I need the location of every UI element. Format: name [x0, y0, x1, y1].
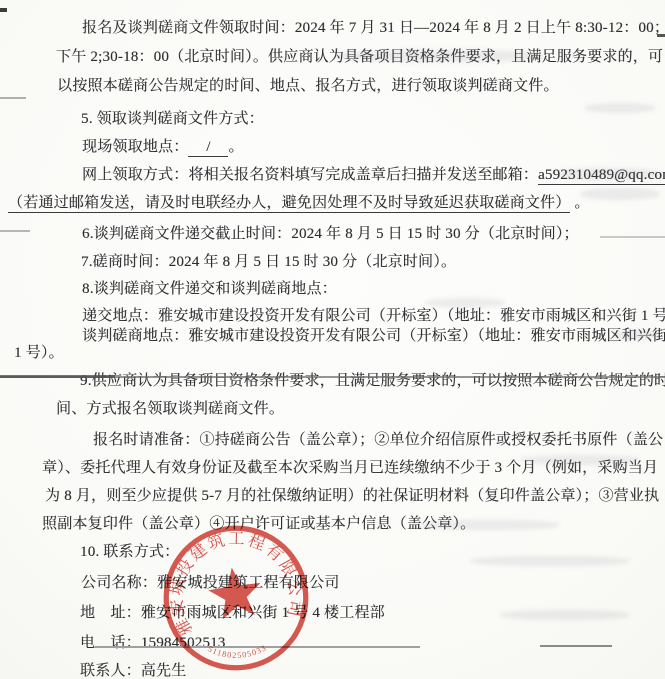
scan-edge-tick: [0, 8, 7, 12]
onsite-pickup-label: 现场领取地点：: [82, 139, 188, 155]
item-6-deadline: 6.谈判磋商文件递交截止时间：2024 年 8 月 5 日 15 时 30 分（…: [82, 222, 579, 243]
onsite-pickup-period: 。: [228, 139, 243, 155]
seal-code-number: 511802505033: [205, 637, 269, 665]
item-7-negotiation-time: 7.磋商时间：2024 年 8 月 5 日 15 时 30 分（北京时间）。: [81, 250, 456, 271]
para-doc-collection-time-line1: 报名及谈判磋商文件领取时间：2024 年 7 月 31 日—2024 年 8 月…: [82, 16, 665, 37]
item-9-line2: 间、方式报名领取谈判磋商文件。: [56, 397, 284, 418]
online-pickup-label: 网上领取方式：将相关报名资料填写完成盖章后扫描并发送至邮箱：: [82, 167, 538, 183]
bleedthrough-smudge: [470, 556, 630, 566]
bleedthrough-smudge: [500, 610, 630, 620]
item-5-heading: 5. 领取谈判磋商文件方式：: [81, 107, 264, 128]
onsite-pickup-line: 现场领取地点：/。: [82, 135, 244, 157]
bleedthrough-smudge: [580, 188, 660, 200]
para-doc-collection-time-line3: 以按照本磋商公告规定的时间、地点、报名方式，进行领取谈判磋商文件。: [57, 74, 559, 95]
scan-dash-artifact: [540, 645, 612, 647]
scanned-document-page: 报名及谈判磋商文件领取时间：2024 年 7 月 31 日—2024 年 8 月…: [0, 0, 665, 679]
negotiation-address-line2: 1 号）。: [14, 341, 64, 362]
onsite-pickup-blank: /: [188, 139, 228, 157]
bleedthrough-smudge: [335, 50, 545, 62]
scan-mark: [600, 236, 665, 238]
email-note-line: （若通过邮箱发送，请及时电联经办人，避免因处理不及时导致延迟获取磋商文件） 。: [8, 191, 590, 212]
company-seal-stamp: 雅安城投建筑工程有限公司 511802505033: [151, 513, 320, 679]
email-note-underlined: （若通过邮箱发送，请及时电联经办人，避免因处理不及时导致延迟获取磋商文件）: [8, 195, 570, 213]
bleedthrough-smudge: [420, 520, 560, 530]
item-9-line1: 9.供应商认为具备项目资格条件要求，且满足服务要求的，可以按照本磋商公告规定的时: [80, 369, 665, 390]
scan-edge-tick: [657, 34, 665, 37]
scan-fold-line-dark-end: [0, 375, 115, 378]
scan-mark: [0, 230, 30, 232]
negotiation-address-line1: 谈判磋商地点：雅安城市建设投资开发有限公司（开标室）（地址：雅安市雨城区和兴街: [82, 324, 665, 345]
submission-address-line: 递交地点：雅安城市建设投资开发有限公司（开标室）（地址：雅安市雨城区和兴街 1 …: [82, 304, 665, 325]
bleedthrough-smudge: [612, 330, 657, 340]
bleedthrough-smudge: [520, 455, 640, 465]
scan-mark: [0, 97, 26, 99]
seal-star-icon: [206, 564, 265, 621]
bleedthrough-smudge: [425, 298, 505, 308]
bleedthrough-smudge: [585, 103, 655, 113]
bleedthrough-smudge: [555, 168, 660, 180]
item-8-heading: 8.谈判磋商文件递交和谈判磋商地点：: [82, 277, 337, 298]
registration-materials-line1: 报名时请准备：①持磋商公告（盖公章）；②单位介绍信原件或授权委托书原件（盖公: [93, 428, 663, 449]
registration-materials-line3: 为 8 月，则至少应提供 5-7 月的社保缴纳证明）的社保证明材料（复印件盖公章…: [45, 484, 659, 505]
